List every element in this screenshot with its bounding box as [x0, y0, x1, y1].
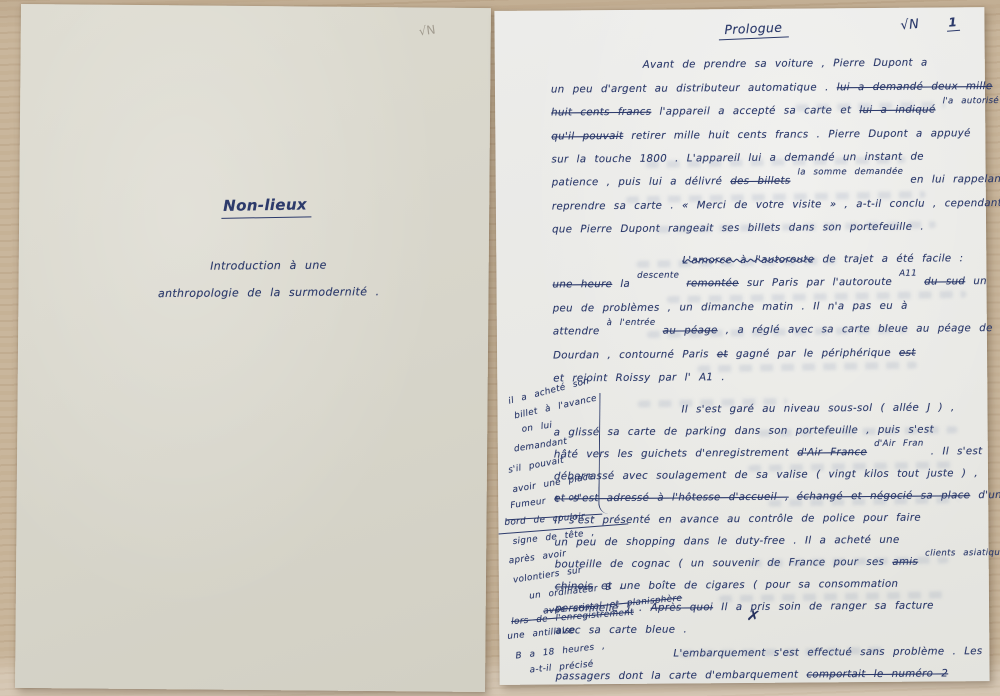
handwritten-text: attendre — [553, 326, 600, 337]
handwritten-text: la — [620, 279, 630, 290]
handwritten-text: Avant de prendre sa voiture , Pierre Dup… — [643, 58, 928, 71]
handwritten-text: en lui rappelant de — [910, 174, 1000, 186]
handwritten-text: . Il s'est — [931, 446, 983, 457]
handwritten-text: sur Paris par l'autoroute — [747, 277, 892, 289]
margin-annotations: il a acheté sonbillet à l'avanceon luide… — [494, 7, 984, 11]
manuscript-line: avec sa carte bleue . — [555, 617, 989, 642]
handwritten-text: Dourdan , contourné Paris — [553, 349, 709, 361]
inserted-text: l'a autorisé à — [942, 90, 1000, 114]
book-subtitle: Introduction à une anthropologie de la s… — [128, 251, 408, 307]
inserted-text: descente — [637, 264, 679, 287]
handwritten-text: gagné par le périphérique — [736, 348, 891, 360]
handwritten-text: hâté vers les guichets d'enregistrement — [554, 448, 789, 461]
struck-text: qu'il pouvait — [551, 131, 623, 143]
ink-paraph-mark: √N — [900, 17, 920, 34]
inserted-text: d'Air Fran — [874, 433, 924, 455]
struck-text: huit cents francs — [551, 107, 651, 119]
struck-text: remontée — [686, 278, 738, 289]
handwritten-text: passagers dont la carte d'embarquement — [556, 670, 799, 683]
inserted-text: voulu — [934, 43, 1000, 67]
manuscript-body: Avant de prendre sa voiture , Pierre Dup… — [550, 7, 984, 10]
photo-of-manuscript-pages: { "scene": { "description": "Two handwri… — [0, 0, 1000, 696]
manuscript-line: un peu d'argent au distributeur automati… — [551, 75, 985, 101]
prologue-page: Prologue √N 1 Avant de prendre sa voitur… — [494, 7, 989, 685]
handwritten-text: retirer mille huit cents francs . Pierre… — [631, 128, 970, 142]
handwritten-text: un — [973, 276, 987, 287]
struck-text: d'Air France — [797, 447, 867, 459]
page-heading: Prologue — [718, 19, 789, 40]
inserted-text: A11 — [899, 263, 917, 286]
book-subtitle-line1: Introduction à une — [128, 251, 408, 280]
handwritten-text: un peu d'argent au distributeur automati… — [551, 82, 829, 95]
struck-text: et — [717, 349, 728, 360]
handwritten-text: de trajet a été facile : — [822, 253, 963, 265]
struck-text: et s'est adressé à l'hôtesse d'accueil , — [554, 492, 789, 505]
handwritten-text: un peu de shopping dans le duty-free . I… — [554, 535, 899, 549]
struck-text: des billets — [730, 176, 790, 187]
struck-text: comportait le numéro 2 — [806, 668, 948, 680]
struck-text: est — [899, 348, 916, 359]
page-number: 1 — [946, 15, 960, 32]
pencil-paraph-mark: √N — [418, 22, 436, 38]
handwritten-text: patience , puis lui a délivré — [552, 176, 723, 188]
handwritten-text: d'un ¶ — [978, 490, 1000, 501]
struck-text: une heure — [552, 279, 612, 290]
handwritten-text: et une boîte de cigares ( pour sa consom… — [601, 579, 898, 592]
book-subtitle-line2: anthropologie de la surmodernité . — [129, 278, 409, 307]
title-page: √N Non-lieux Introduction à une anthropo… — [15, 4, 491, 692]
struck-text: du sud — [924, 276, 965, 287]
margin-connector-line — [598, 393, 610, 514]
manuscript-paragraph: Avant de prendre sa voiture , Pierre Dup… — [551, 51, 986, 241]
book-title: Non-lieux — [221, 195, 311, 219]
manuscript-line: passagers dont la carte d'embarquement c… — [556, 663, 990, 688]
manuscript-line: qu'il pouvait retirer mille huit cents f… — [551, 122, 985, 148]
margin-note: on lui — [521, 420, 553, 434]
manuscript-line: Avant de prendre sa voiture , Pierre Dup… — [551, 51, 985, 78]
